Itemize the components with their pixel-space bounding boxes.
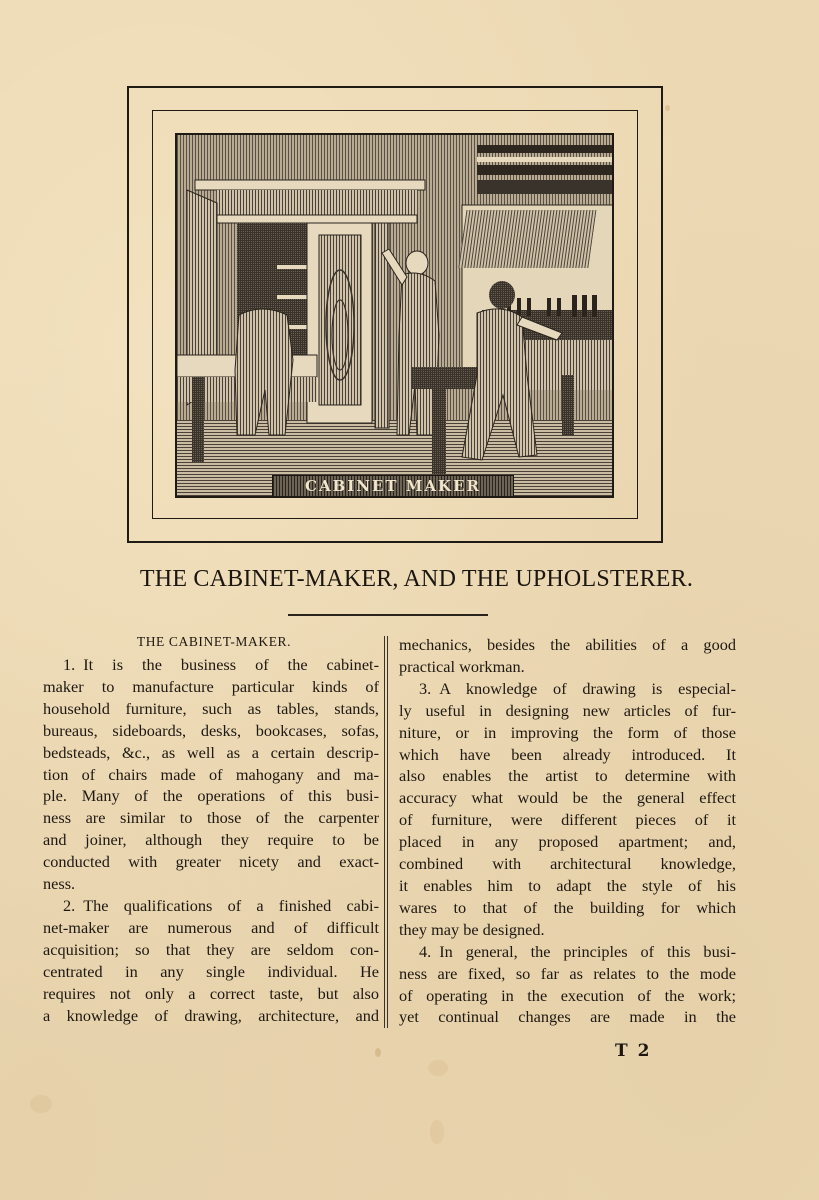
text-line: bedsteads, &c., as well as a certain des…	[43, 742, 379, 764]
text-line: placed in any proposed apartment; and,	[399, 831, 736, 853]
text-line: niture, or in improving the form of thos…	[399, 722, 736, 744]
paper-stain	[428, 1060, 448, 1076]
text-line: household furniture, such as tables, sta…	[43, 698, 379, 720]
text-line: ness.	[43, 873, 379, 895]
text-line: which have been already introduced. It	[399, 744, 736, 766]
text-line: acquisition; so that they are seldom con…	[43, 939, 379, 961]
text-line: of operating in the execution of the wor…	[399, 985, 736, 1007]
text-line: 2. The qualifications of a finished cabi…	[43, 895, 379, 917]
paragraph-number: 4.	[419, 941, 431, 963]
text-line: requires not only a correct taste, but a…	[43, 983, 379, 1005]
text-line: combined with architectural knowledge,	[399, 853, 736, 875]
paper-stain	[375, 1048, 381, 1057]
text-line: conducted with greater nicety and exact-	[43, 851, 379, 873]
engraving-caption: CABINET MAKER	[305, 477, 481, 495]
text-line: ple. Many of the operations of this busi…	[43, 785, 379, 807]
text-line: centrated in any single individual. He	[43, 961, 379, 983]
text-line: 4. In general, the principles of this bu…	[399, 941, 736, 963]
title-rule	[288, 614, 488, 616]
text-line: also enables the artist to determine wit…	[399, 765, 736, 787]
paper-stain	[30, 1095, 52, 1113]
text-line: tion of chairs made of mahogany and ma-	[43, 764, 379, 786]
text-line: maker to manufacture particular kinds of	[43, 676, 379, 698]
text-line: bureaus, sideboards, desks, bookcases, s…	[43, 720, 379, 742]
engraving-caption-plate: CABINET MAKER	[272, 475, 514, 497]
text-line: and joiner, although they require to be	[43, 829, 379, 851]
text-line: ness are fixed, so far as relates to the…	[399, 963, 736, 985]
paper-stain	[665, 105, 670, 111]
paragraph-number: 3.	[419, 678, 431, 700]
chapter-title: THE CABINET-MAKER, AND THE UPHOLSTERER.	[0, 566, 819, 593]
paragraph-number: 2.	[63, 895, 75, 917]
text-line: a knowledge of drawing, architecture, an…	[43, 1005, 379, 1027]
text-line: accuracy what would be the general effec…	[399, 787, 736, 809]
text-line: it enables him to adapt the style of his	[399, 875, 736, 897]
text-line: wares to that of the building for which	[399, 897, 736, 919]
text-line: net-maker are numerous and of difficult	[43, 917, 379, 939]
text-line: they may be designed.	[399, 919, 736, 941]
text-line: yet continual changes are made in the	[399, 1006, 736, 1028]
paragraph-number: 1.	[63, 654, 75, 676]
text-line: ness are similar to those of the carpent…	[43, 807, 379, 829]
left-column: THE CABINET-MAKER. 1. It is the business…	[43, 632, 379, 1026]
section-heading: THE CABINET-MAKER.	[43, 632, 379, 652]
right-column: mechanics, besides the abilities of a go…	[399, 634, 736, 1028]
text-line: 1. It is the business of the cabinet-	[43, 654, 379, 676]
text-line: 3. A knowledge of drawing is especial-	[399, 678, 736, 700]
signature-mark: T 2	[615, 1041, 651, 1061]
cabinet-maker-engraving: CABINET MAKER	[175, 133, 614, 498]
text-line: of furniture, were different pieces of i…	[399, 809, 736, 831]
column-divider	[384, 636, 388, 1028]
paper-stain	[430, 1120, 444, 1144]
text-line: ly useful in designing new articles of f…	[399, 700, 736, 722]
text-line: mechanics, besides the abilities of a go…	[399, 634, 736, 656]
text-line: practical workman.	[399, 656, 736, 678]
text-line-content: It is the business of the cabinet-	[83, 654, 379, 676]
